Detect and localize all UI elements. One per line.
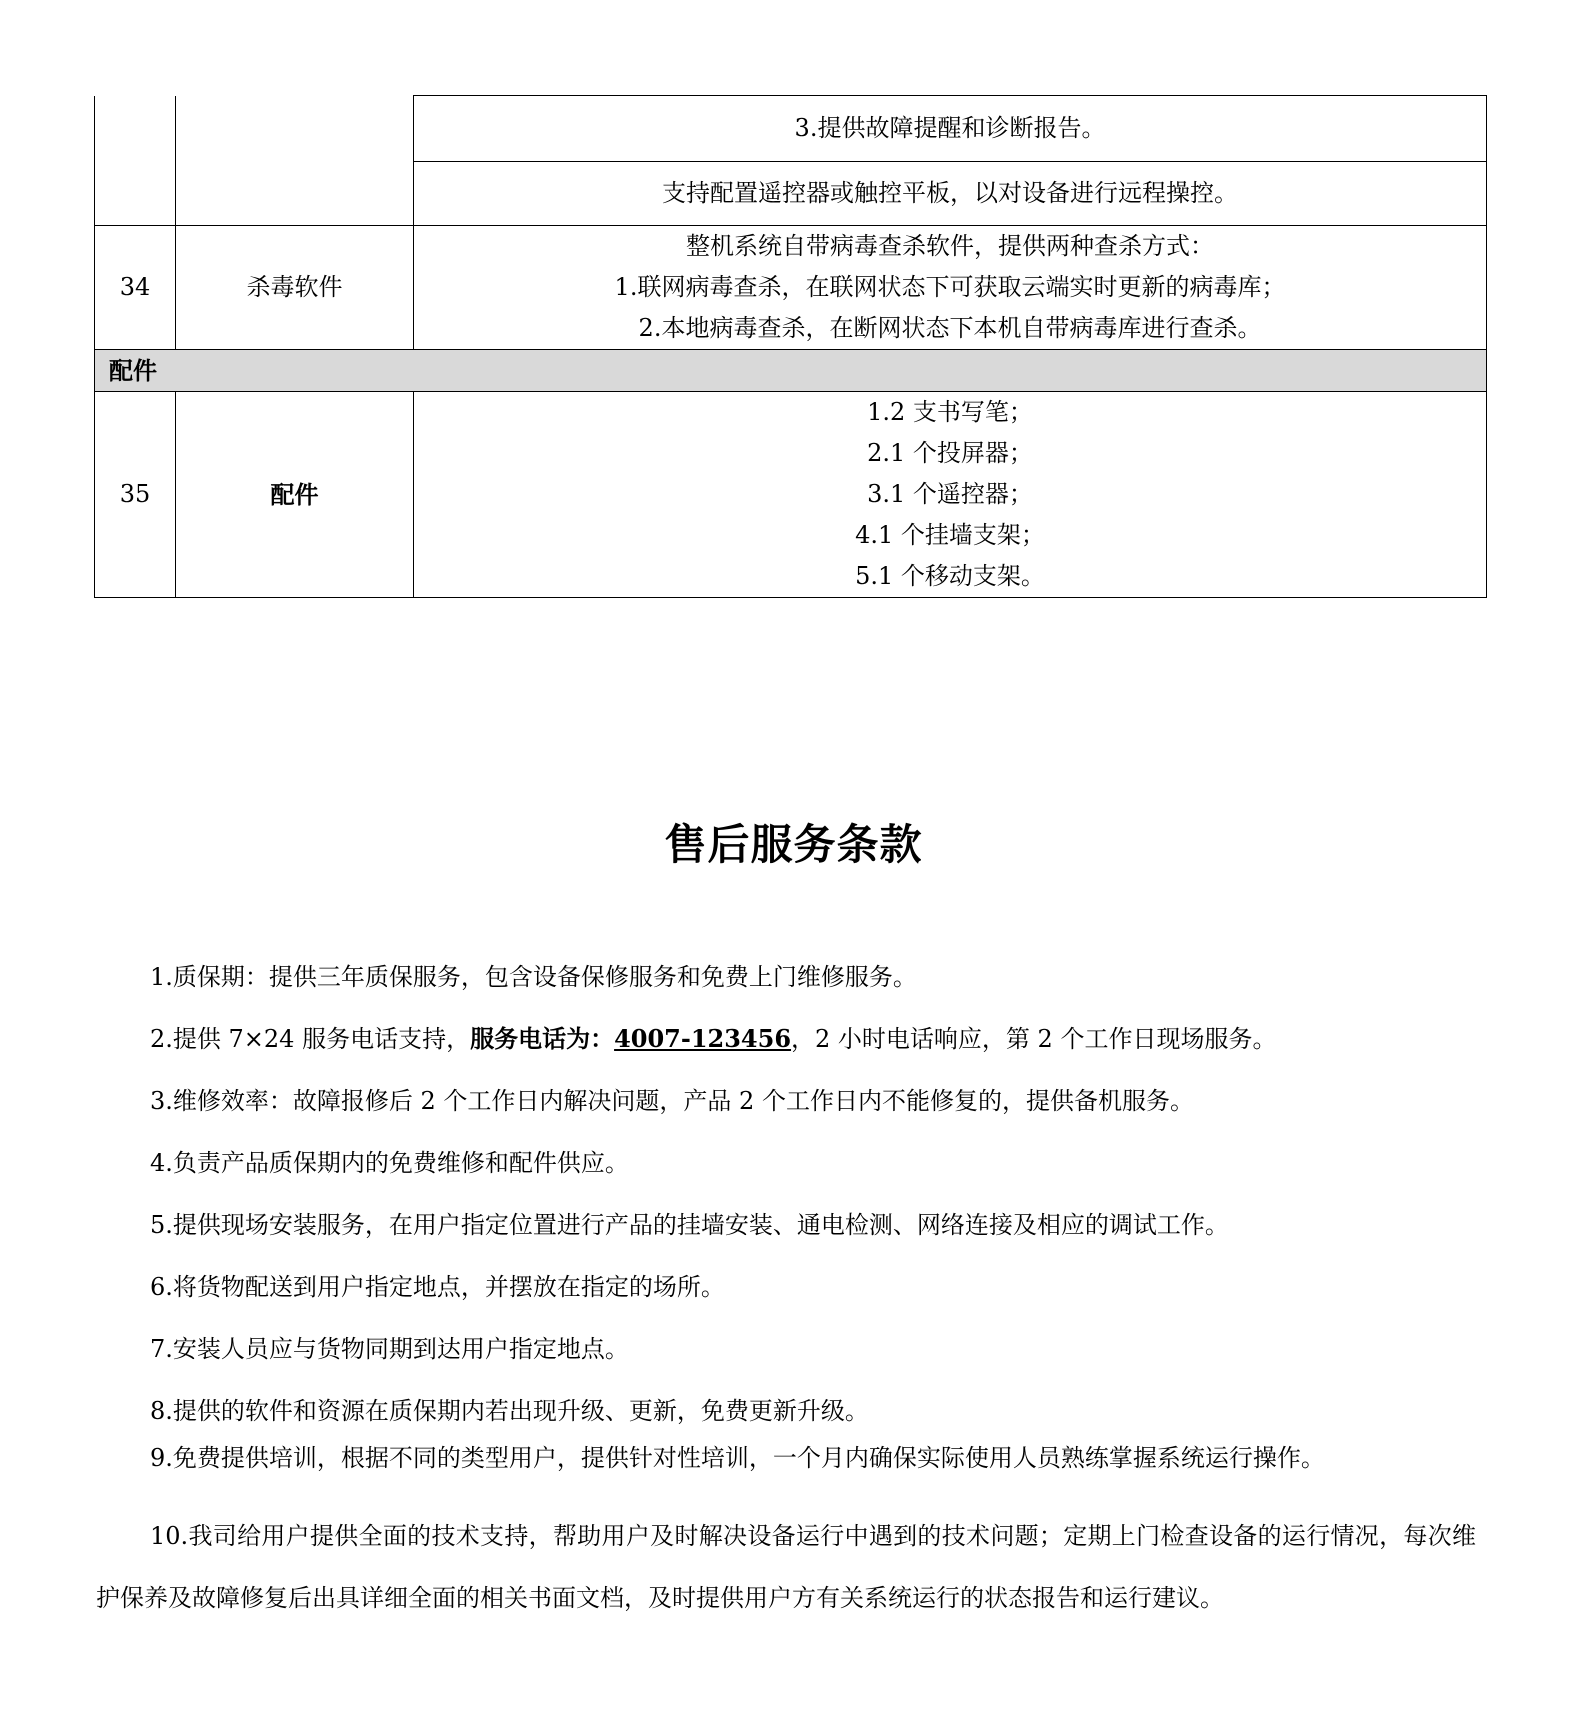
term-item-paragraph: 10.我司给用户提供全面的技术支持，帮助用户及时解决设备运行中遇到的技术问题；定… xyxy=(96,1505,1476,1629)
spec-line: 整机系统自带病毒查杀软件，提供两种查杀方式： xyxy=(414,226,1486,267)
item-name-cell: 配件 xyxy=(176,392,414,598)
spec-line: 2.1 个投屏器； xyxy=(414,433,1486,474)
item-number-cell: 34 xyxy=(95,226,176,350)
table-row: 35 配件 1.2 支书写笔； 2.1 个投屏器； 3.1 个遥控器； 4.1 … xyxy=(95,392,1487,598)
spec-line: 1.联网病毒查杀，在联网状态下可获取云端实时更新的病毒库； xyxy=(414,267,1486,308)
term-item: 6.将货物配送到用户指定地点，并摆放在指定的场所。 xyxy=(150,1267,725,1307)
table-row: 3.提供故障提醒和诊断报告。 xyxy=(95,96,1487,162)
term-item: 7.安装人员应与货物同期到达用户指定地点。 xyxy=(150,1329,629,1369)
term-item: 9.免费提供培训，根据不同的类型用户，提供针对性培训，一个月内确保实际使用人员熟… xyxy=(150,1438,1325,1478)
phone-number: 4007-123456 xyxy=(614,1024,791,1053)
spec-cell: 1.2 支书写笔； 2.1 个投屏器； 3.1 个遥控器； 4.1 个挂墙支架；… xyxy=(414,392,1487,598)
term-item: 8.提供的软件和资源在质保期内若出现升级、更新，免费更新升级。 xyxy=(150,1391,869,1431)
spec-cell: 3.提供故障提醒和诊断报告。 xyxy=(414,96,1487,162)
term-item: 4.负责产品质保期内的免费维修和配件供应。 xyxy=(150,1143,629,1183)
phone-label: 服务电话为： xyxy=(470,1024,614,1053)
term-item: 1.质保期：提供三年质保服务，包含设备保修服务和免费上门维修服务。 xyxy=(150,957,917,997)
spec-cell: 整机系统自带病毒查杀软件，提供两种查杀方式： 1.联网病毒查杀，在联网状态下可获… xyxy=(414,226,1487,350)
spec-cell: 支持配置遥控器或触控平板，以对设备进行远程操控。 xyxy=(414,162,1487,226)
term-item: 3.维修效率：故障报修后 2 个工作日内解决问题，产品 2 个工作日内不能修复的… xyxy=(150,1081,1194,1121)
page-title: 售后服务条款 xyxy=(0,812,1587,872)
table-row: 34 杀毒软件 整机系统自带病毒查杀软件，提供两种查杀方式： 1.联网病毒查杀，… xyxy=(95,226,1487,350)
spec-line: 5.1 个移动支架。 xyxy=(414,556,1486,597)
item-name-cell xyxy=(176,96,414,226)
term-text: 2.提供 7×24 服务电话支持， xyxy=(150,1025,470,1053)
item-number-cell: 35 xyxy=(95,392,176,598)
spec-line: 4.1 个挂墙支架； xyxy=(414,515,1486,556)
section-label: 配件 xyxy=(95,350,1487,392)
section-row: 配件 xyxy=(95,350,1487,392)
spec-table: 3.提供故障提醒和诊断报告。 支持配置遥控器或触控平板，以对设备进行远程操控。 … xyxy=(94,95,1487,598)
item-number-cell xyxy=(95,96,176,226)
spec-line: 3.1 个遥控器； xyxy=(414,474,1486,515)
term-text: ，2 小时电话响应，第 2 个工作日现场服务。 xyxy=(791,1025,1276,1053)
term-item: 5.提供现场安装服务，在用户指定位置进行产品的挂墙安装、通电检测、网络连接及相应… xyxy=(150,1205,1229,1245)
spec-line: 1.2 支书写笔； xyxy=(414,392,1486,433)
spec-table-container: 3.提供故障提醒和诊断报告。 支持配置遥控器或触控平板，以对设备进行远程操控。 … xyxy=(94,95,1486,598)
spec-line: 2.本地病毒查杀，在断网状态下本机自带病毒库进行查杀。 xyxy=(414,308,1486,349)
term-item: 2.提供 7×24 服务电话支持，服务电话为：4007-123456，2 小时电… xyxy=(150,1019,1276,1059)
item-name-cell: 杀毒软件 xyxy=(176,226,414,350)
